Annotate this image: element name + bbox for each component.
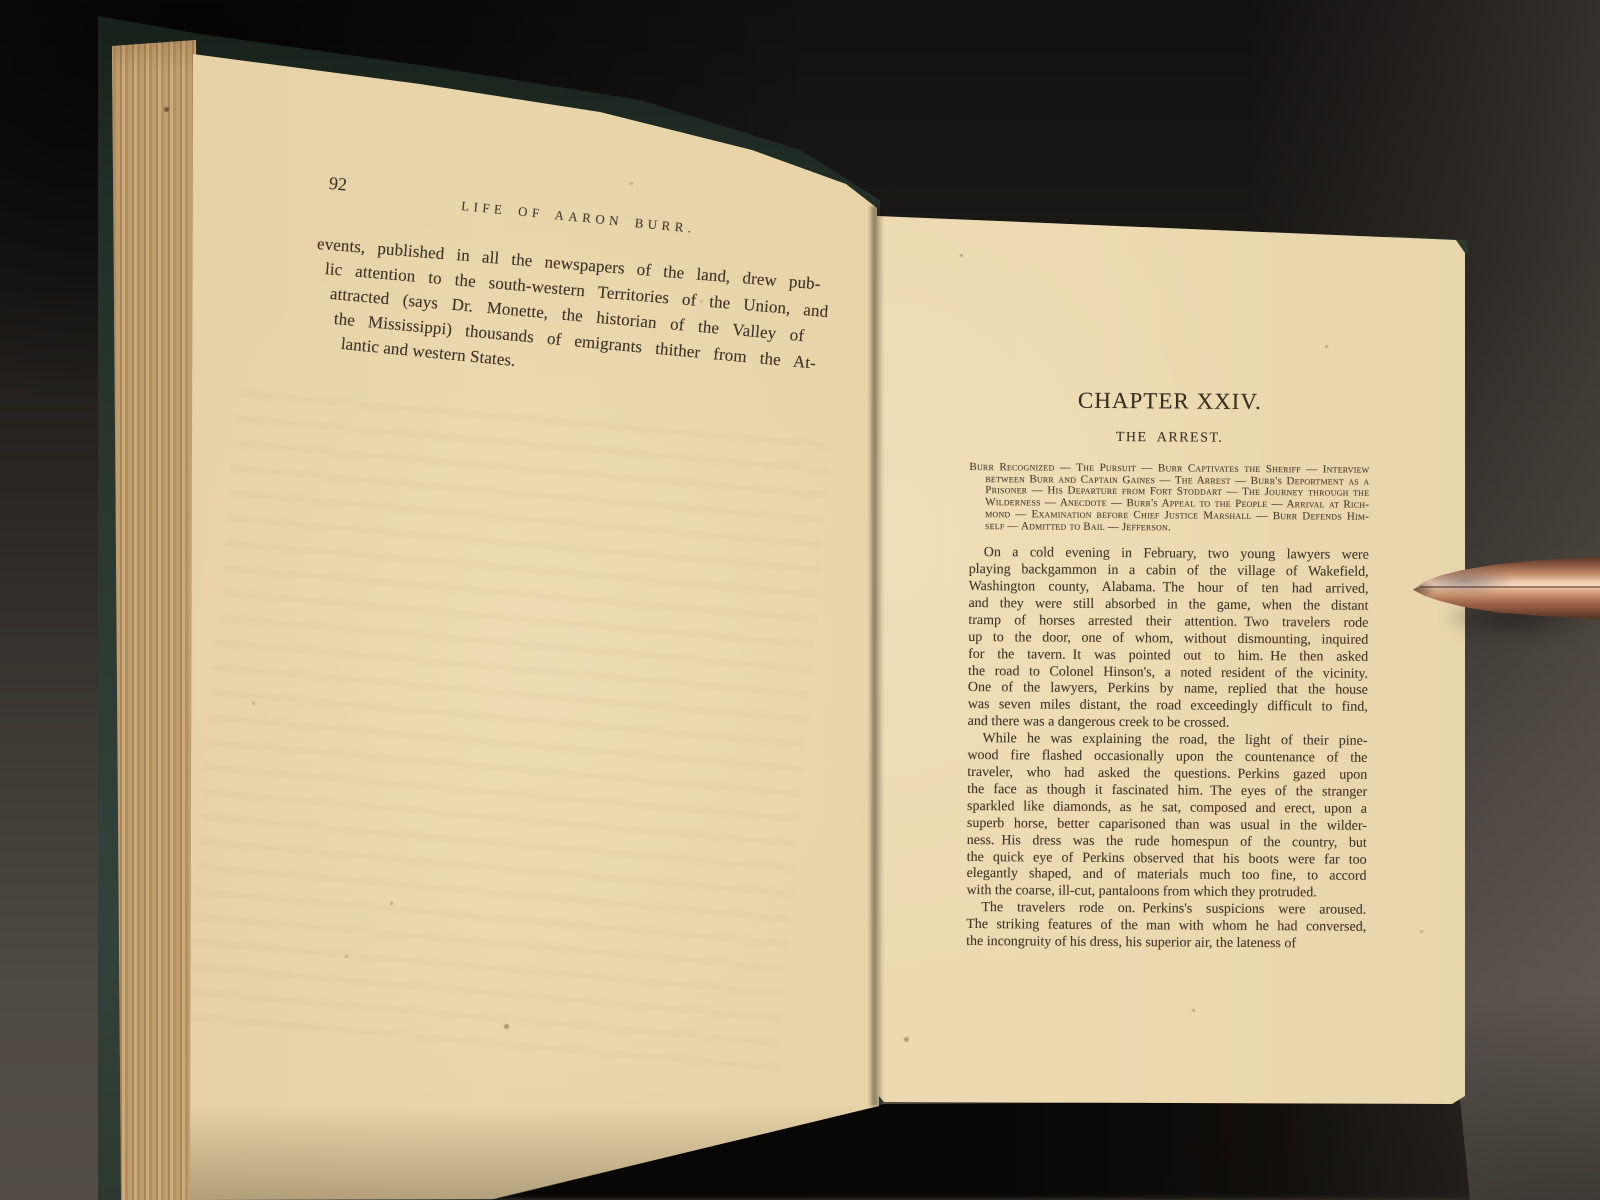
text-line: for the tavern. It was pointed out to hi…: [968, 647, 1368, 667]
text-line: the incongruity of his dress, his superi…: [966, 934, 1366, 954]
chapter-heading: CHAPTER XXIV.: [970, 387, 1370, 416]
foxing-spots: [0, 0, 3, 3]
section-title: THE ARREST.: [970, 429, 1370, 448]
chapter-synopsis: Burr Recognized — The Pursuit — Burr Cap…: [969, 462, 1369, 535]
paragraph: While he was explaining the road, the li…: [966, 731, 1367, 903]
open-book-photo: 92 LIFE OF AARON BURR. events, published…: [0, 0, 1600, 1200]
chapter-body: On a cold evening in February, two young…: [966, 545, 1369, 954]
paragraph: The travelers rode on. Perkins's suspici…: [966, 900, 1366, 954]
text-line: ness. His dress was the rude homespun of…: [967, 833, 1367, 853]
page-number: 92: [328, 173, 348, 196]
paragraph: On a cold evening in February, two young…: [968, 545, 1369, 734]
right-page-text: CHAPTER XXIV. THE ARREST. Burr Recognize…: [966, 385, 1370, 954]
running-header: LIFE OF AARON BURR.: [460, 198, 696, 237]
